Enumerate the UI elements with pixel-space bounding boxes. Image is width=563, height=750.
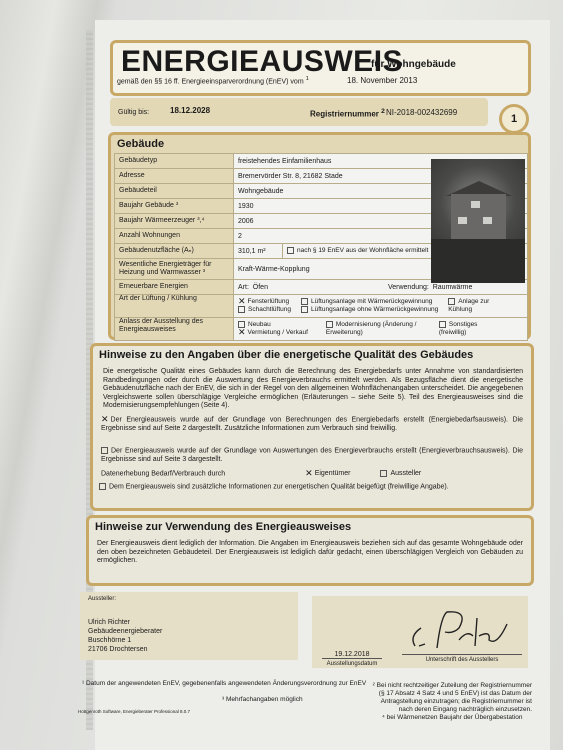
renew-type: Öfen xyxy=(253,284,268,291)
garden-shape xyxy=(431,239,525,283)
table-row: Art der Lüftung / Kühlung ✕Fensterlüftun… xyxy=(115,295,528,318)
checkbox-icon xyxy=(238,306,245,313)
renew-use: Raumwärme xyxy=(433,284,473,291)
checkbox-icon xyxy=(380,470,387,477)
area-value: 310,1 m² xyxy=(234,244,283,259)
cross-icon: ✕ xyxy=(238,298,246,305)
usage-notes-title: Hinweise zur Verwendung des Energieauswe… xyxy=(95,521,351,533)
cross-icon: ✕ xyxy=(101,416,109,423)
issuer-name: Ulrich Richter xyxy=(88,618,162,627)
certificate-header: ENERGIEAUSWEIS für Wohngebäude gemäß den… xyxy=(110,40,531,96)
data-owner-option[interactable]: ✕Eigentümer xyxy=(305,470,350,477)
consumption-option-text: Der Energieausweis wurde auf der Grundla… xyxy=(101,447,523,463)
quality-notes-title: Hinweise zu den Angaben über die energet… xyxy=(99,349,473,361)
issuer-city: 21706 Drochtersen xyxy=(88,645,162,654)
footnote-2: ² Bei nicht rechtzeitiger Zuteilung der … xyxy=(372,682,532,714)
reason-option-label: Vermietung / Verkauf xyxy=(248,329,308,336)
checkbox-icon xyxy=(326,321,333,328)
checkbox-icon xyxy=(439,321,446,328)
issue-date: 19.12.2018 xyxy=(322,651,382,659)
registration-number: NI-2018-002432699 xyxy=(386,108,457,117)
extra-info-text: Dem Energieausweis sind zusätzliche Info… xyxy=(109,483,449,490)
row-label: Adresse xyxy=(115,169,234,184)
consumption-option[interactable]: Der Energieausweis wurde auf der Grundla… xyxy=(101,447,523,464)
vent-option[interactable]: Schachtlüftung xyxy=(238,306,291,314)
extra-info-option[interactable]: Dem Energieausweis sind zusätzliche Info… xyxy=(99,483,523,492)
table-row: Anlass der Ausstellung des Energieauswei… xyxy=(115,318,528,341)
issuer-street: Buschhörne 1 xyxy=(88,636,162,645)
vent-option-label: Fensterlüftung xyxy=(248,299,290,306)
row-label: Anzahl Wohnungen xyxy=(115,229,234,244)
vent-option[interactable]: Lüftungsanlage mit Wärmerückgewinnung xyxy=(301,298,438,306)
signature-icon xyxy=(407,606,517,654)
building-photo xyxy=(431,159,525,283)
issue-date-label: Ausstellungsdatum xyxy=(322,661,382,667)
window-shape xyxy=(483,217,492,224)
valid-until-label: Gültig bis: xyxy=(118,109,149,116)
renew-use-label: Verwendung: xyxy=(388,284,429,291)
quality-notes-section: Hinweise zu den Angaben über die energet… xyxy=(90,343,534,511)
vent-option-label: Lüftungsanlage mit Wärmerückgewinnung xyxy=(311,299,432,306)
validity-row: Gültig bis: 18.12.2028 Registriernummer … xyxy=(110,98,488,126)
reason-option[interactable]: Modernisierung (Änderung / Erweiterung) xyxy=(326,321,421,336)
usage-notes-section: Hinweise zur Verwendung des Energieauswe… xyxy=(86,515,534,586)
valid-until-value: 18.12.2028 xyxy=(170,106,210,115)
vent-option[interactable]: Lüftungsanlage ohne Wärmerückgewinnung xyxy=(301,306,438,314)
checkbox-icon xyxy=(99,483,106,490)
row-label: Gebäudenutzfläche (Aₙ) xyxy=(115,244,234,259)
data-collection-row: Datenerhebung Bedarf/Verbrauch durch✕Eig… xyxy=(101,470,523,479)
footnote-ref: 2 xyxy=(381,108,385,115)
window-shape xyxy=(458,217,467,224)
checkbox-icon xyxy=(301,298,308,305)
page-number-badge: 1 xyxy=(499,104,529,134)
demand-option[interactable]: ✕Der Energieausweis wurde auf der Grundl… xyxy=(101,416,523,433)
usage-notes-text: Der Energieausweis dient lediglich der I… xyxy=(97,540,523,566)
certificate-title: ENERGIEAUSWEIS xyxy=(121,45,403,79)
reason-options: Neubau✕Vermietung / Verkauf Modernisieru… xyxy=(234,318,528,341)
checkbox-icon xyxy=(301,306,308,313)
cross-icon: ✕ xyxy=(305,470,313,477)
footnotes: ¹ Datum der angewendeten EnEV, gegebenen… xyxy=(82,680,532,716)
footnote-ref: 1 xyxy=(306,76,309,82)
checkbox-icon xyxy=(448,298,455,305)
reason-option[interactable]: Sonstiges (freiwillig) xyxy=(439,321,489,336)
law-text: gemäß den §§ 16 ff. Energieeinsparverord… xyxy=(117,78,304,85)
signature-box: 19.12.2018 Ausstellungsdatum Unterschrif… xyxy=(312,596,528,668)
row-label: Gebäudetyp xyxy=(115,154,234,169)
issuer-box: Aussteller: Ulrich Richter Gebäudeenergi… xyxy=(80,592,298,660)
area-option-label: nach § 19 EnEV aus der Wohnfläche ermitt… xyxy=(297,248,428,255)
law-reference: gemäß den §§ 16 ff. Energieeinsparverord… xyxy=(117,76,309,85)
registration-label: Registriernummer 2 xyxy=(310,108,385,119)
signature-label: Unterschrift des Ausstellers xyxy=(402,654,522,663)
certificate-subtitle: für Wohngebäude xyxy=(371,59,456,70)
cross-icon: ✕ xyxy=(238,329,246,336)
vent-option[interactable]: ✕Fensterlüftung xyxy=(238,298,291,306)
demand-option-text: Der Energieausweis wurde auf der Grundla… xyxy=(101,416,523,432)
footnote-4: ⁴ bei Wärmenetzen Baujahr der Übergabest… xyxy=(382,714,522,722)
reason-option-label: Modernisierung (Änderung / Erweiterung) xyxy=(326,322,417,337)
checkbox-icon xyxy=(101,447,108,454)
reason-option[interactable]: ✕Vermietung / Verkauf xyxy=(238,329,308,337)
vent-option-label: Schachtlüftung xyxy=(248,306,291,313)
row-label: Gebäudeteil xyxy=(115,184,234,199)
window-shape xyxy=(471,201,480,208)
quality-notes-intro: Die energetische Qualität eines Gebäudes… xyxy=(103,368,523,411)
row-label: Erneuerbare Energien xyxy=(115,280,234,295)
vent-option[interactable]: Anlage zur Kühlung xyxy=(448,298,498,313)
data-collection-label: Datenerhebung Bedarf/Verbrauch durch xyxy=(101,470,225,477)
issuer-label: Aussteller: xyxy=(88,596,116,602)
row-label: Baujahr Gebäude ³ xyxy=(115,199,234,214)
vent-option-label: Lüftungsanlage ohne Wärmerückgewinnung xyxy=(311,306,438,313)
reason-option[interactable]: Neubau xyxy=(238,321,308,329)
reason-option-label: Neubau xyxy=(248,322,271,329)
row-label: Baujahr Wärmeerzeuger ³,⁴ xyxy=(115,214,234,229)
ventilation-options: ✕FensterlüftungSchachtlüftung Lüftungsan… xyxy=(234,295,528,318)
building-section-title: Gebäude xyxy=(117,138,164,150)
registration-label-text: Registriernummer xyxy=(310,110,379,119)
law-date: 18. November 2013 xyxy=(347,76,417,85)
checkbox-icon[interactable] xyxy=(287,247,294,254)
data-issuer-label: Aussteller xyxy=(390,470,421,477)
data-issuer-option[interactable]: Aussteller xyxy=(380,470,421,477)
building-section: Gebäude Gebäudetypfreistehendes Einfamil… xyxy=(108,132,531,340)
issuer-address: Ulrich Richter Gebäudeenergieberater Bus… xyxy=(88,618,162,654)
data-owner-label: Eigentümer xyxy=(315,470,351,477)
issuer-role: Gebäudeenergieberater xyxy=(88,627,162,636)
row-label: Wesentliche Energieträger für Heizung un… xyxy=(115,259,234,280)
row-label: Art der Lüftung / Kühlung xyxy=(115,295,234,318)
renew-type-label: Art: xyxy=(238,284,249,291)
row-label: Anlass der Ausstellung des Energieauswei… xyxy=(115,318,234,341)
